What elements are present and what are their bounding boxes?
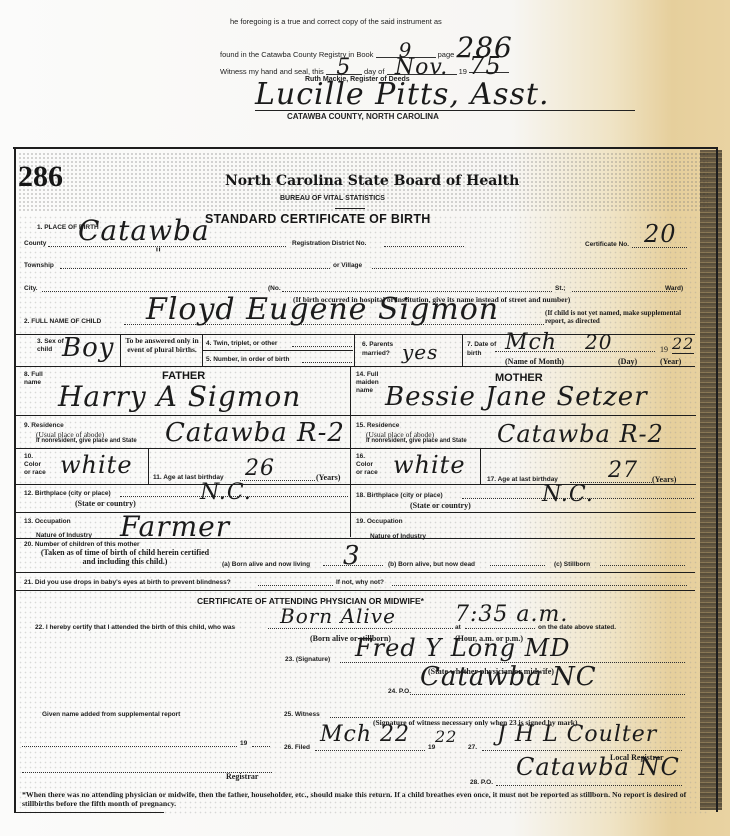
local-registrar-field[interactable]: J H L Coulter — [482, 740, 682, 751]
father-name-line — [15, 415, 350, 416]
col-divider-3a — [120, 335, 121, 367]
father-birthplace-label: 12. Birthplace (city or place) — [24, 490, 111, 497]
father-years-label: (Years) — [316, 473, 340, 482]
why-not-field[interactable] — [392, 575, 687, 586]
notary-witness-prefix: Witness my hand and seal, this — [220, 67, 324, 76]
mother-residence-value[interactable]: Catawba R-2 — [497, 420, 664, 448]
sex-value[interactable]: Boy — [62, 333, 114, 363]
mother-color-divider — [480, 449, 481, 484]
county-field[interactable]: Catawba — [48, 226, 286, 247]
dob-month-value: Mch — [505, 330, 557, 355]
twin-divider — [203, 350, 353, 351]
father-color-label: 10. Color or race — [24, 453, 49, 477]
row-divider-20 — [15, 572, 695, 573]
po2-field[interactable]: Catawba NC — [496, 775, 682, 786]
certify-label: 22. I hereby certify that I attended the… — [35, 624, 235, 631]
col-divider-3b — [202, 335, 203, 367]
county-value: Catawba — [78, 214, 210, 247]
mother-birthplace-hint: (State or country) — [410, 501, 471, 510]
father-age-value: 26 — [245, 456, 275, 481]
row-divider-21 — [15, 590, 695, 591]
street-label: St.; — [555, 285, 565, 292]
mother-color-value[interactable]: white — [393, 451, 466, 479]
form-left-border — [14, 147, 16, 812]
mother-residence-line — [351, 448, 696, 449]
form-top-border — [13, 147, 718, 149]
child-name-value: Floyd Eugene Sigmon — [146, 292, 499, 327]
twin-label: 4. Twin, triplet, or other — [206, 340, 277, 347]
certificate-no-field[interactable]: 20 — [632, 230, 687, 248]
mother-name-label: 14. Full maiden name — [356, 371, 381, 395]
father-name-label: 8. Full name — [24, 371, 49, 387]
dob-year-prefix: 19 — [660, 345, 668, 354]
child-name-field[interactable]: Floyd Eugene Sigmon — [124, 300, 544, 325]
county-label: County — [24, 240, 46, 247]
notary-year: 75 — [469, 60, 509, 73]
time-field[interactable]: 7:35 a.m. — [465, 618, 535, 629]
col-divider-3d — [462, 335, 463, 367]
filed-year-value[interactable]: 22 — [435, 727, 457, 746]
child-name-note: (If child is not yet named, make supplem… — [545, 309, 690, 325]
certificate-no-label: Certificate No. — [585, 241, 629, 248]
township-label: Township — [24, 262, 54, 269]
father-color-value[interactable]: white — [60, 451, 133, 479]
certificate-no-value: 20 — [644, 220, 677, 248]
street-field[interactable] — [572, 281, 677, 292]
order-label: 5. Number, in order of birth — [206, 356, 289, 363]
form-bottom-rule — [14, 812, 164, 813]
row-divider-occupation — [15, 538, 695, 539]
father-birthplace-field[interactable]: N.C. — [120, 486, 348, 497]
mother-occupation-label: 19. Occupation — [356, 518, 403, 525]
father-color-divider — [148, 449, 149, 484]
father-residence-line — [15, 448, 350, 449]
date-stated-label: on the date above stated. — [538, 624, 616, 631]
village-field[interactable] — [372, 258, 687, 269]
mother-residence-hint-2: If nonresident, give place and State — [366, 438, 467, 444]
father-birthplace-hint: (State or country) — [75, 499, 136, 508]
twin-field[interactable] — [292, 336, 352, 347]
father-residence-label: 9. Residence — [24, 422, 64, 429]
stillborn-field[interactable] — [600, 555, 685, 566]
street-number-label: (No. — [268, 285, 281, 292]
mother-color-label: 16. Color or race — [356, 453, 381, 477]
row-divider-3 — [15, 366, 695, 367]
father-residence-value[interactable]: Catawba R-2 — [165, 418, 345, 448]
registration-district-label: Registration District No. — [292, 240, 366, 247]
children-label: 20. Number of children of this mother — [24, 541, 140, 548]
notary-county: CATAWBA COUNTY, NORTH CAROLINA — [287, 112, 439, 121]
born-status-field[interactable]: Born Alive — [268, 618, 453, 629]
father-name-value[interactable]: Harry A Sigmon — [58, 380, 301, 413]
dob-year-value[interactable]: 22 — [672, 334, 694, 354]
mother-name-line — [351, 415, 696, 416]
born-alive-label: (a) Born alive and now living — [222, 561, 310, 568]
physician-signature-value: Fred Y Long MD — [355, 634, 570, 662]
given-name-field[interactable] — [22, 736, 237, 747]
signature-label: 23. (Signature) — [285, 656, 330, 663]
drops-field[interactable] — [258, 575, 333, 586]
dob-day-hint: (Day) — [618, 357, 637, 366]
mother-age-value: 27 — [608, 458, 638, 483]
given-name-label: Given name added from supplemental repor… — [42, 711, 180, 718]
father-residence-hint-2: If nonresident, give place and State — [36, 438, 137, 444]
now-dead-label: (b) Born alive, but now dead — [388, 561, 475, 568]
notary-line-3: Witness my hand and seal, this 5 day of … — [220, 60, 509, 76]
registration-district-field[interactable] — [384, 236, 464, 247]
given-name-year-label: 19 — [240, 740, 247, 747]
born-alive-value: 3 — [343, 541, 361, 571]
drops-label: 21. Did you use drops in baby's eyes at … — [24, 579, 231, 586]
bureau-title: BUREAU OF VITAL STATISTICS — [280, 195, 385, 202]
plural-note: To be answered only in event of plural b… — [123, 337, 201, 354]
agency-title: North Carolina State Board of Health — [225, 173, 519, 189]
registrar-label: Registrar — [226, 772, 258, 781]
father-color-line — [15, 484, 350, 485]
footnote: *When there was no attending physician o… — [22, 790, 692, 808]
given-name-year-field[interactable] — [252, 736, 270, 747]
mother-birthplace-field[interactable]: N.C. — [462, 488, 694, 499]
parents-married-value[interactable]: yes — [402, 340, 438, 364]
village-label: or Village — [333, 262, 362, 269]
scan-edge-band — [700, 150, 722, 810]
po-field[interactable]: Catawba NC — [410, 684, 685, 695]
born-alive-field[interactable]: 3 — [323, 555, 383, 566]
father-occupation-label: 13. Occupation — [24, 518, 71, 525]
mother-birthplace-label: 18. Birthplace (city or place) — [356, 492, 443, 499]
page-number: 286 — [18, 160, 63, 194]
father-birthplace-value: N.C. — [200, 480, 252, 505]
notary-line-1: he foregoing is a true and correct copy … — [230, 17, 442, 26]
certificate-title: STANDARD CERTIFICATE OF BIRTH — [205, 212, 431, 226]
dob-day-value: 20 — [585, 330, 612, 354]
notary-month: Nov. — [387, 62, 457, 75]
notary-day: 5 — [326, 62, 362, 75]
filed-label: 26. Filed — [284, 744, 310, 751]
mother-residence-label: 15. Residence — [356, 422, 399, 429]
dob-month-hint: (Name of Month) — [505, 357, 564, 366]
po-label: 24. P.O. — [388, 688, 411, 695]
dob-year-hint: (Year) — [660, 357, 681, 366]
mother-birthplace-value: N.C. — [542, 482, 594, 507]
why-not-label: If not, why not? — [336, 579, 384, 586]
po2-label: 28. P.O. — [470, 779, 493, 786]
filed-date-field[interactable]: Mch 22 — [315, 740, 425, 751]
title-rule — [335, 208, 365, 209]
filed-date-value: Mch 22 — [320, 722, 410, 747]
mother-age-field[interactable]: 27 — [570, 462, 652, 483]
notary-signature: Lucille Pitts, Asst. — [255, 80, 635, 111]
dob-label: 7. Date of birth — [467, 340, 497, 358]
ward-label: Ward) — [665, 285, 683, 292]
mother-years-label: (Years) — [652, 475, 676, 484]
mother-name-value[interactable]: Bessie Jane Setzer — [385, 382, 648, 412]
po2-value: Catawba NC — [516, 753, 680, 781]
father-age-field[interactable]: 26 — [240, 460, 315, 481]
form-right-border — [716, 147, 718, 812]
dob-month-field[interactable]: Mch 20 — [495, 336, 655, 352]
notary-day-label: day of — [364, 67, 384, 76]
mother-birthplace-line — [351, 512, 696, 513]
township-field[interactable]: " — [60, 258, 330, 269]
witness-field[interactable] — [330, 707, 685, 718]
po-value: Catawba NC — [420, 662, 597, 692]
children-hint: (Taken as of time of birth of child here… — [40, 549, 210, 566]
col-divider-3c — [354, 335, 355, 367]
order-field[interactable] — [302, 352, 352, 363]
mother-color-line — [351, 484, 696, 485]
street-number-field[interactable] — [282, 281, 552, 292]
notary-year-prefix: 19 — [459, 67, 467, 76]
child-name-label: 2. FULL NAME OF CHILD — [24, 318, 101, 325]
city-label: City. — [24, 285, 38, 292]
parents-married-label: 6. Parents married? — [362, 340, 402, 358]
local-registrar-number: 27. — [468, 744, 477, 751]
stillborn-label: (c) Stillborn — [554, 561, 590, 568]
now-dead-field[interactable] — [490, 555, 545, 566]
city-field[interactable] — [42, 281, 257, 292]
township-value: " — [155, 246, 162, 262]
born-status-value: Born Alive — [280, 604, 396, 628]
witness-label: 25. Witness — [284, 711, 320, 718]
local-registrar-signature: J H L Coulter — [497, 722, 657, 747]
